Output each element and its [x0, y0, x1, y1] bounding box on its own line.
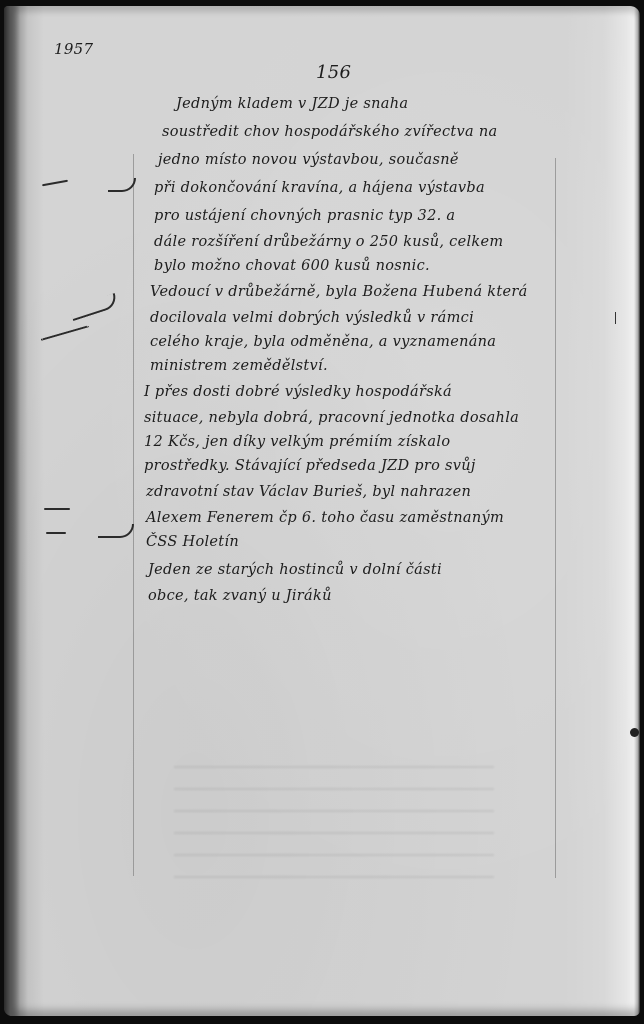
- text-line: zdravotní stav Václav Burieš, byl nahraz…: [146, 482, 471, 502]
- text-line: prostředky. Stávající předseda JZD pro s…: [144, 456, 476, 476]
- text-line: Vedoucí v drůbežárně, byla Božena Hubená…: [150, 282, 528, 302]
- text-line: dále rozšíření drůbežárny o 250 kusů, ce…: [154, 232, 503, 252]
- year-note: 1957: [54, 40, 93, 58]
- margin-curve-mark: [108, 178, 136, 192]
- text-line: bylo možno chovat 600 kusů nosnic.: [154, 256, 430, 276]
- document-page: 1957 156 Jedným kladem v JZD je snaha so…: [4, 6, 640, 1016]
- text-line: Jeden ze starých hostinců v dolní části: [148, 560, 442, 580]
- binding-rivet: [630, 728, 639, 737]
- text-line: situace, nebyla dobrá, pracovní jednotka…: [144, 408, 519, 428]
- text-line: I přes dosti dobré výsledky hospodářská: [144, 382, 452, 402]
- text-line: ministrem zemědělství.: [150, 356, 328, 376]
- margin-curve-mark: [69, 293, 119, 321]
- margin-dashed-mark: [41, 325, 90, 341]
- text-line: pro ustájení chovných prasnic typ 32. a: [154, 206, 455, 226]
- text-line: Alexem Fenerem čp 6. toho času zaměstnan…: [146, 508, 504, 528]
- bleed-through-text: [174, 766, 494, 886]
- text-line: Jedným kladem v JZD je snaha: [176, 94, 408, 114]
- text-line: při dokončování kravína, a hájena výstav…: [154, 178, 485, 198]
- right-margin-rule: [555, 158, 556, 878]
- text-line: obce, tak zvaný u Jiráků: [148, 586, 332, 606]
- margin-tick-mark: [615, 312, 616, 324]
- text-line: ČSS Holetín: [146, 532, 239, 552]
- text-line: soustředit chov hospodářského zvířectva …: [162, 122, 497, 142]
- margin-dash-mark: [42, 180, 68, 186]
- left-margin-rule: [133, 154, 134, 876]
- page-number: 156: [316, 62, 351, 83]
- margin-curve-mark: [98, 524, 134, 538]
- text-line: celého kraje, byla odměněna, a vyznamená…: [150, 332, 496, 352]
- text-line: docilovala velmi dobrých výsledků v rámc…: [150, 308, 474, 328]
- margin-dash-mark: [44, 508, 70, 510]
- binding-shadow: [4, 6, 20, 1016]
- margin-dash-mark: [46, 532, 66, 534]
- text-line: 12 Kčs, jen díky velkým prémiím získalo: [144, 432, 450, 452]
- text-line: jedno místo novou výstavbou, současně: [158, 150, 459, 170]
